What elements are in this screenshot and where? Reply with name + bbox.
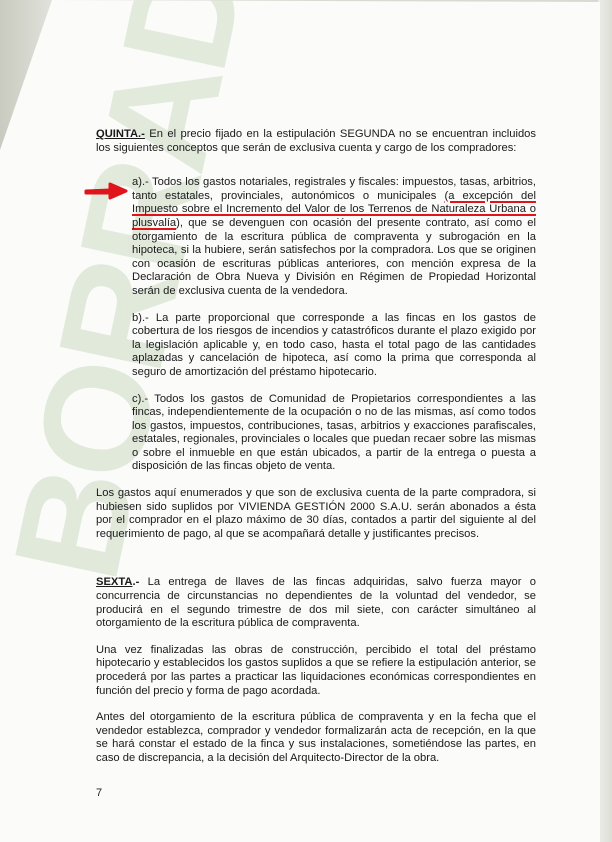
document-body: QUINTA.- En el precio fijado en la estip… (96, 128, 536, 779)
clause-quinta-item-c: c).- Todos los gastos de Comunidad de Pr… (132, 393, 536, 475)
clause-quinta-item-b: b).- La parte proporcional que correspon… (132, 312, 536, 380)
clause-sexta-title: SEXTA (96, 576, 132, 588)
clause-quinta-intro: QUINTA.- En el precio fijado en la estip… (96, 128, 536, 155)
clause-quinta-closing: Los gastos aquí enumerados y que son de … (96, 487, 536, 541)
clause-quinta-title: QUINTA.- (96, 128, 145, 140)
clause-sexta-p1: SEXTA.- La entrega de llaves de las finc… (96, 576, 536, 630)
red-arrow-annotation-icon (84, 182, 128, 200)
clause-sexta-p2: Una vez finalizadas las obras de constru… (96, 644, 536, 698)
scan-background-right (598, 0, 612, 842)
page-number: 7 (96, 787, 102, 799)
clause-quinta-item-a: a).- Todos los gastos notariales, regist… (132, 176, 536, 298)
clause-sexta-p3: Antes del otorgamiento de la escritura p… (96, 711, 536, 765)
